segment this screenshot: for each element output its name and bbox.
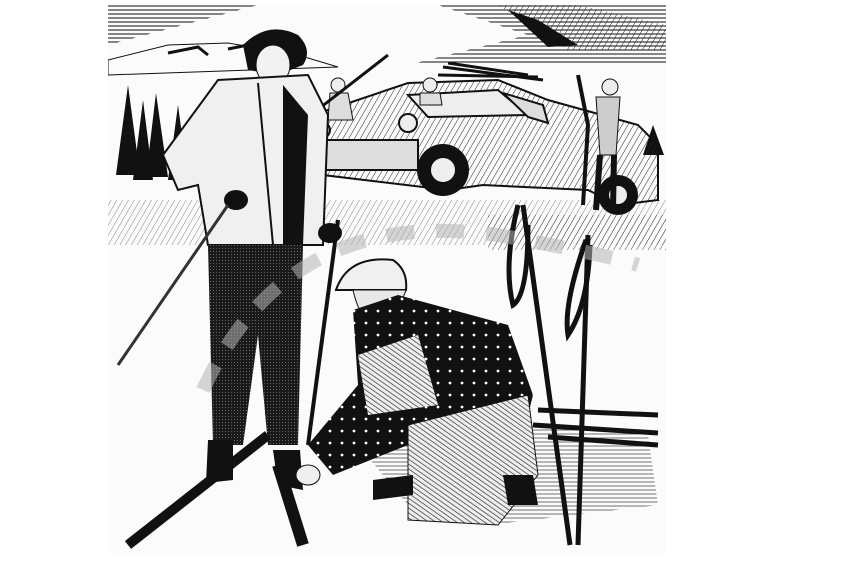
kneeling-man bbox=[296, 259, 538, 525]
illustration-artwork bbox=[108, 5, 666, 553]
ski-scene-illustration bbox=[108, 5, 666, 553]
